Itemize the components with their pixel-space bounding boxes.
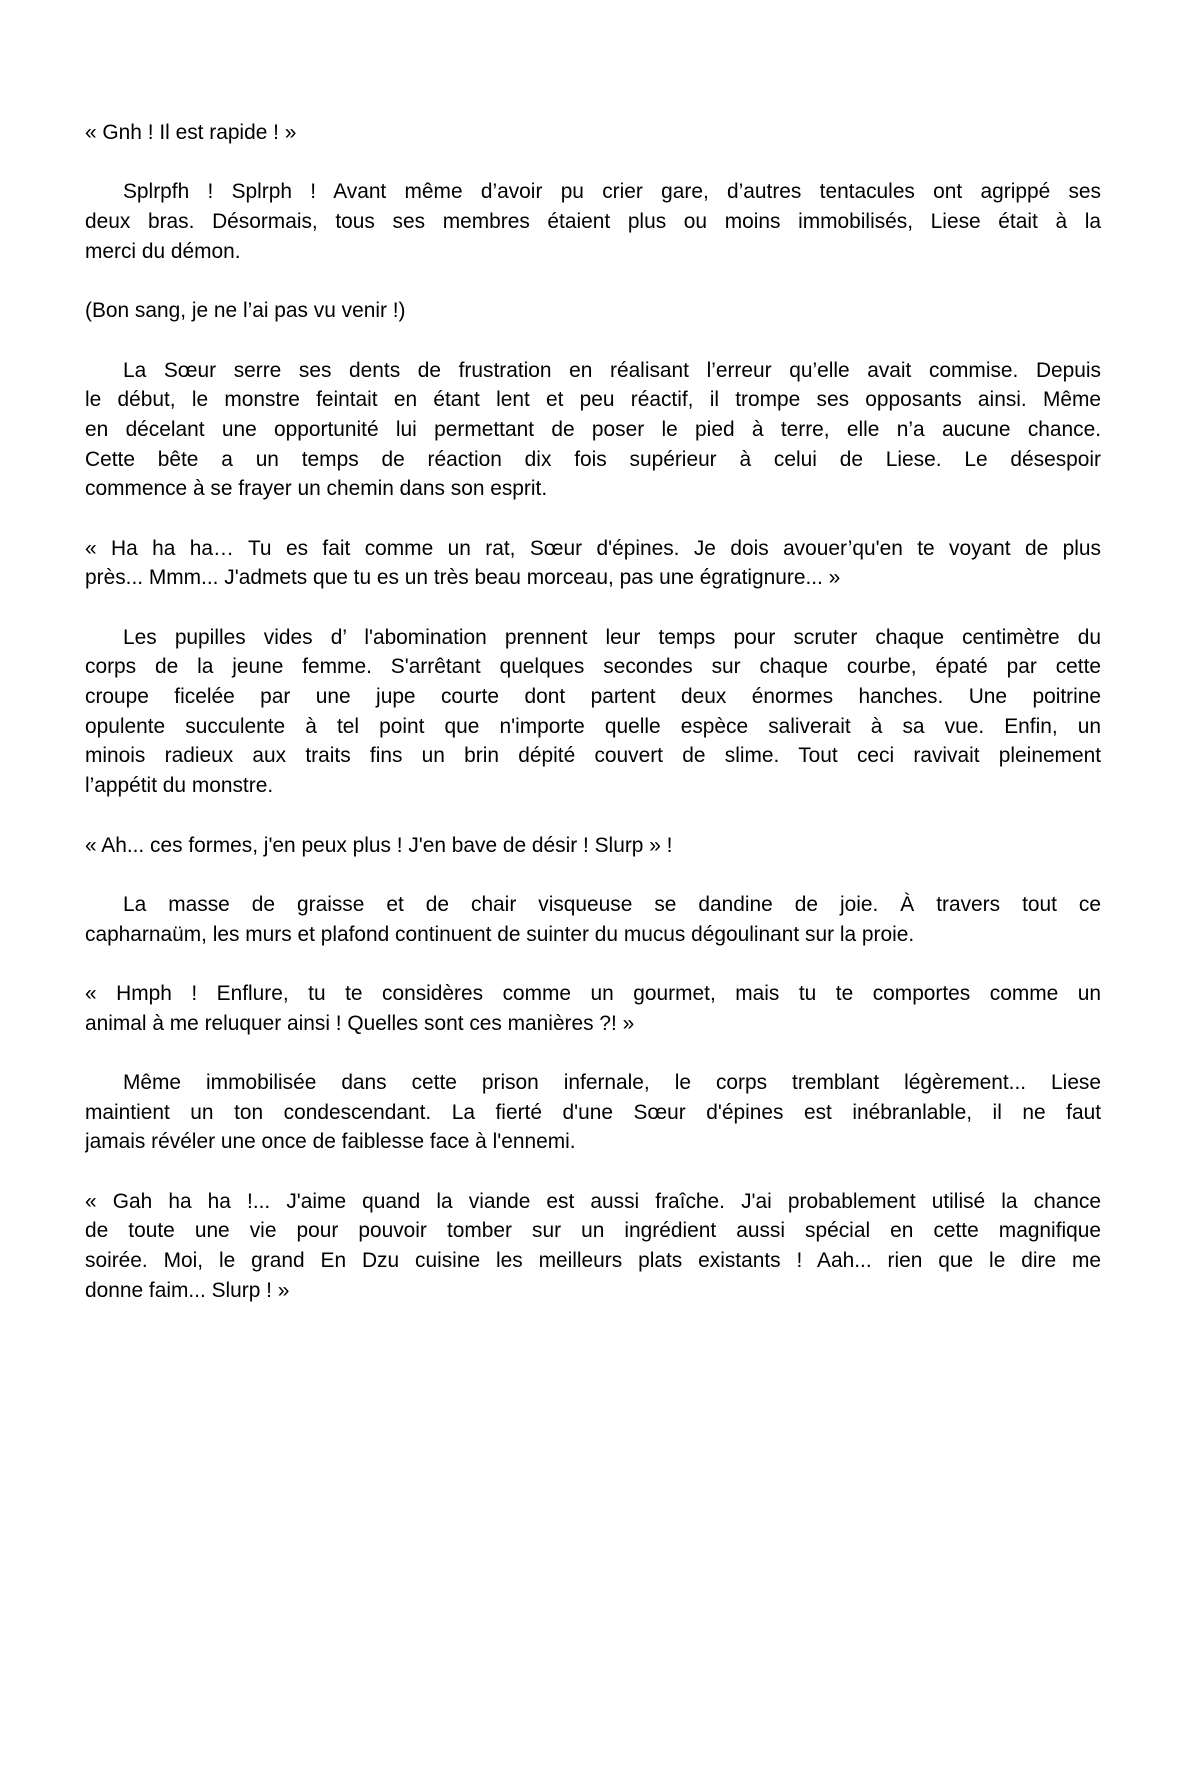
text-line: Même immobilisée dans cette prison infer… <box>85 1068 1101 1098</box>
text-line: commence à se frayer un chemin dans son … <box>85 474 1101 504</box>
text-line: Cette bête a un temps de réaction dix fo… <box>85 445 1101 475</box>
text-line: capharnaüm, les murs et plafond continue… <box>85 920 1101 950</box>
paragraph-dialogue: « Gnh ! Il est rapide ! » <box>85 118 1101 148</box>
text-line: Splrpfh ! Splrph ! Avant même d’avoir pu… <box>85 177 1101 207</box>
text-line: près... Mmm... J'admets que tu es un trè… <box>85 563 1101 593</box>
text-line: de toute une vie pour pouvoir tomber sur… <box>85 1216 1101 1246</box>
text-line: deux bras. Désormais, tous ses membres é… <box>85 207 1101 237</box>
document-body: « Gnh ! Il est rapide ! »Splrpfh ! Splrp… <box>85 118 1101 1306</box>
paragraph-dialogue: « Ah... ces formes, j'en peux plus ! J'e… <box>85 831 1101 861</box>
text-line: l’appétit du monstre. <box>85 771 1101 801</box>
text-line: maintient un ton condescendant. La fiert… <box>85 1098 1101 1128</box>
text-line: La Sœur serre ses dents de frustration e… <box>85 356 1101 386</box>
text-line: Les pupilles vides d’ l'abomination pren… <box>85 623 1101 653</box>
text-line: « Gnh ! Il est rapide ! » <box>85 118 1101 148</box>
text-line: opulente succulente à tel point que n'im… <box>85 712 1101 742</box>
paragraph-narration: La masse de graisse et de chair visqueus… <box>85 890 1101 949</box>
paragraph-narration: Splrpfh ! Splrph ! Avant même d’avoir pu… <box>85 177 1101 266</box>
paragraph-dialogue: « Hmph ! Enflure, tu te considères comme… <box>85 979 1101 1038</box>
text-line: « Ha ha ha… Tu es fait comme un rat, Sœu… <box>85 534 1101 564</box>
text-line: donne faim... Slurp ! » <box>85 1276 1101 1306</box>
text-line: merci du démon. <box>85 237 1101 267</box>
document-page: « Gnh ! Il est rapide ! »Splrpfh ! Splrp… <box>0 0 1188 1777</box>
text-line: le début, le monstre feintait en étant l… <box>85 385 1101 415</box>
paragraph-narration: La Sœur serre ses dents de frustration e… <box>85 356 1101 504</box>
paragraph-narration: Les pupilles vides d’ l'abomination pren… <box>85 623 1101 801</box>
text-line: animal à me reluquer ainsi ! Quelles son… <box>85 1009 1101 1039</box>
text-line: corps de la jeune femme. S'arrêtant quel… <box>85 652 1101 682</box>
paragraph-thought: (Bon sang, je ne l’ai pas vu venir !) <box>85 296 1101 326</box>
text-line: « Gah ha ha !... J'aime quand la viande … <box>85 1187 1101 1217</box>
text-line: jamais révéler une once de faiblesse fac… <box>85 1127 1101 1157</box>
text-line: croupe ficelée par une jupe courte dont … <box>85 682 1101 712</box>
paragraph-narration: Même immobilisée dans cette prison infer… <box>85 1068 1101 1157</box>
text-line: « Hmph ! Enflure, tu te considères comme… <box>85 979 1101 1009</box>
paragraph-dialogue: « Gah ha ha !... J'aime quand la viande … <box>85 1187 1101 1306</box>
text-line: minois radieux aux traits fins un brin d… <box>85 741 1101 771</box>
text-line: en décelant une opportunité lui permetta… <box>85 415 1101 445</box>
text-line: « Ah... ces formes, j'en peux plus ! J'e… <box>85 831 1101 861</box>
text-line: (Bon sang, je ne l’ai pas vu venir !) <box>85 296 1101 326</box>
text-line: soirée. Moi, le grand En Dzu cuisine les… <box>85 1246 1101 1276</box>
text-line: La masse de graisse et de chair visqueus… <box>85 890 1101 920</box>
paragraph-dialogue: « Ha ha ha… Tu es fait comme un rat, Sœu… <box>85 534 1101 593</box>
